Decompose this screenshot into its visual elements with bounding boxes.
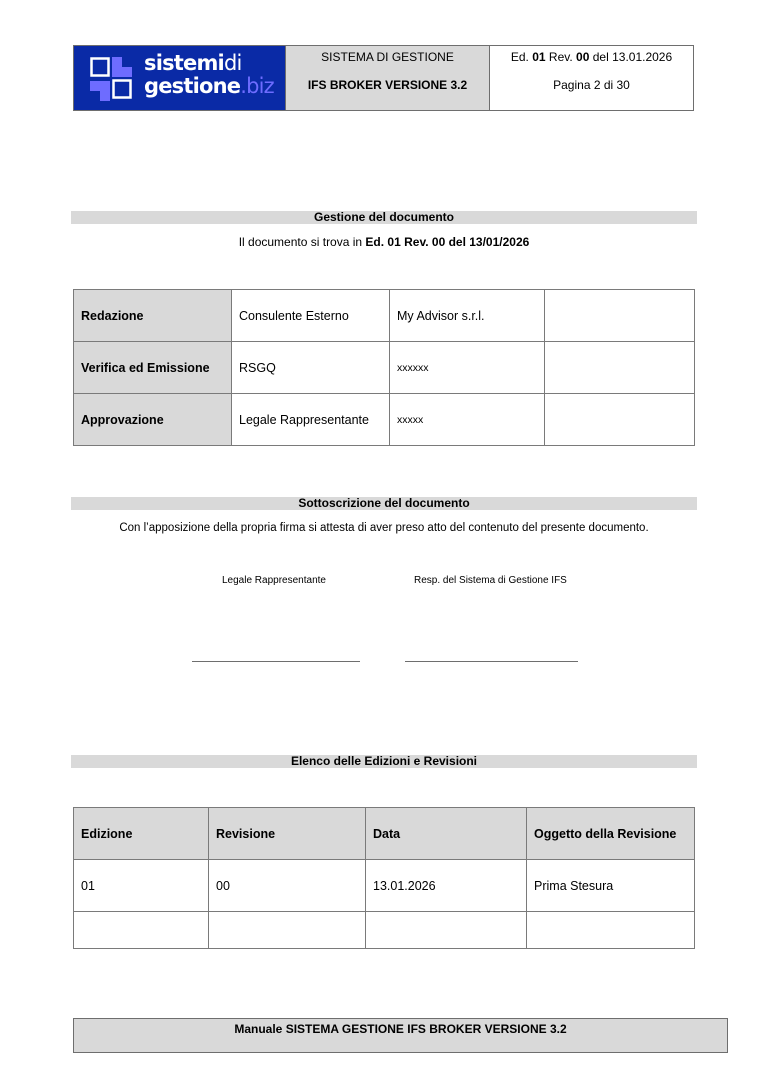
signature-cell [545,394,695,446]
page-footer: Manuale SISTEMA GESTIONE IFS BROKER VERS… [73,1018,728,1053]
who-cell: RSGQ [232,342,390,394]
column-header: Oggetto della Revisione [527,808,695,860]
system-name: IFS BROKER VERSIONE 3.2 [286,78,489,92]
edition-cell: 01 [74,860,209,912]
ed-value: 01 [532,50,545,64]
edition-date: del 13.01.2026 [593,50,672,64]
logo-word-biz: .biz [240,74,274,98]
status-edition: Ed. 01 Rev. 00 del 13/01/2026 [365,235,529,249]
status-prefix: Il documento si trova in [239,235,366,249]
column-header: Data [366,808,527,860]
revisions-table: Edizione Revisione Data Oggetto della Re… [73,807,695,949]
logo: sistemidi gestione.biz [74,46,285,110]
page-header: sistemidi gestione.biz SISTEMA DI GESTIO… [73,45,694,111]
logo-word-gestione: gestione [144,74,240,98]
edition-cell [74,912,209,949]
document-status: Il documento si trova in Ed. 01 Rev. 00 … [71,235,697,249]
who-cell: Legale Rappresentante [232,394,390,446]
edition-info: Ed. 01 Rev. 00 del 13.01.2026 [490,50,693,64]
logo-word-sistemi: sistemi [144,51,224,75]
footer-text: Manuale SISTEMA GESTIONE IFS BROKER VERS… [74,1022,727,1036]
signature-cell [545,290,695,342]
revision-cell [209,912,366,949]
name-cell: My Advisor s.r.l. [390,290,545,342]
section-title-subscription: Sottoscrizione del documento [71,497,697,510]
table-row [74,912,695,949]
name-cell: xxxxx [390,394,545,446]
who-cell: Consulente Esterno [232,290,390,342]
section-title-revisions: Elenco delle Edizioni e Revisioni [71,755,697,768]
header-edition-cell: Ed. 01 Rev. 00 del 13.01.2026 Pagina 2 d… [490,46,693,110]
table-row: Verifica ed Emissione RSGQ xxxxxx [74,342,695,394]
signer-label-legal-rep: Legale Rappresentante [222,575,326,586]
name-cell: xxxxxx [390,342,545,394]
rev-value: 00 [576,50,589,64]
signature-line-legal-rep [192,661,360,662]
column-header: Revisione [209,808,366,860]
subscription-statement: Con l’apposizione della propria firma si… [71,522,697,534]
rev-label: Rev. [549,50,573,64]
role-cell: Approvazione [74,394,232,446]
date-cell [366,912,527,949]
revision-cell: 00 [209,860,366,912]
section-title-document-management: Gestione del documento [71,211,697,224]
approval-table: Redazione Consulente Esterno My Advisor … [73,289,695,446]
signature-line-ifs-manager [405,661,578,662]
ed-label: Ed. [511,50,529,64]
logo-text: sistemidi gestione.biz [144,52,274,98]
signature-cell [545,342,695,394]
subject-cell [527,912,695,949]
role-cell: Verifica ed Emissione [74,342,232,394]
table-row: Approvazione Legale Rappresentante xxxxx [74,394,695,446]
logo-squares-icon [88,55,136,103]
page-number: Pagina 2 di 30 [490,78,693,92]
system-label: SISTEMA DI GESTIONE [286,50,489,64]
table-row: 01 00 13.01.2026 Prima Stesura [74,860,695,912]
column-header: Edizione [74,808,209,860]
table-row: Redazione Consulente Esterno My Advisor … [74,290,695,342]
logo-word-di: di [224,51,242,75]
table-header-row: Edizione Revisione Data Oggetto della Re… [74,808,695,860]
signer-label-ifs-manager: Resp. del Sistema di Gestione IFS [414,575,567,586]
date-cell: 13.01.2026 [366,860,527,912]
role-cell: Redazione [74,290,232,342]
subject-cell: Prima Stesura [527,860,695,912]
header-system-cell: SISTEMA DI GESTIONE IFS BROKER VERSIONE … [285,46,490,110]
